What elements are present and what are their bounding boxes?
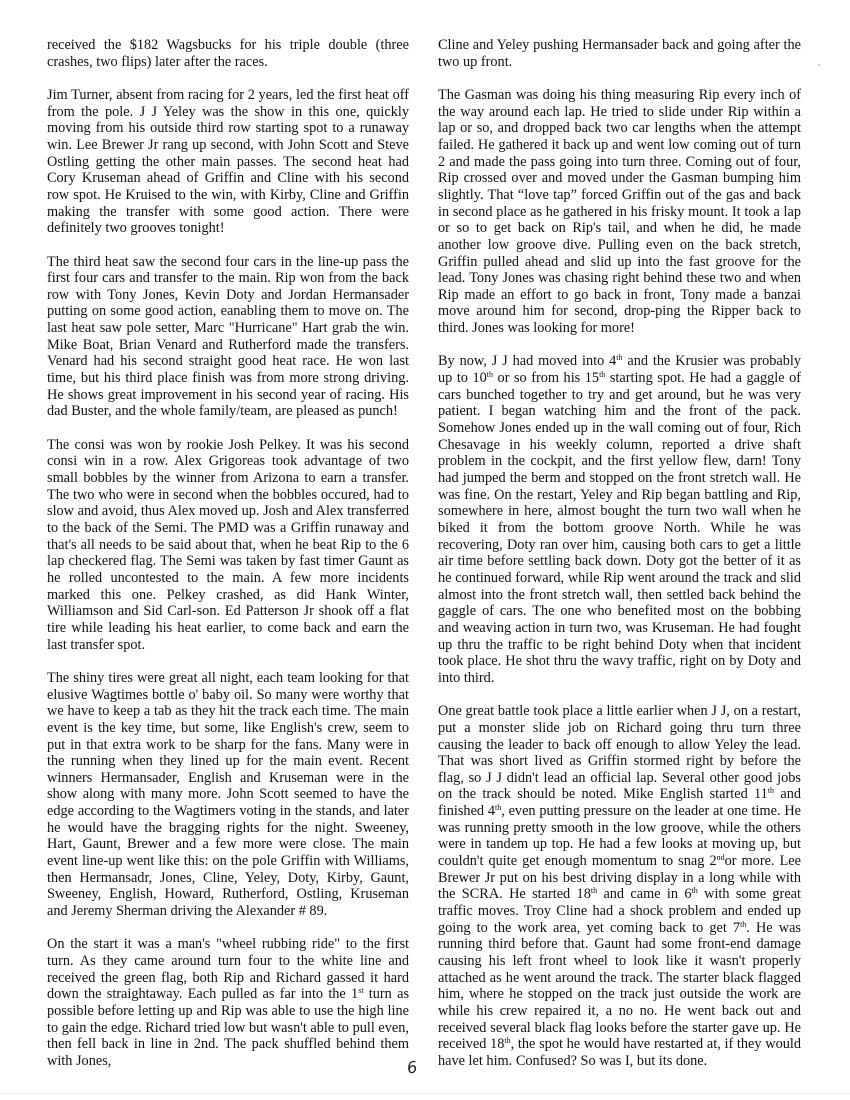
paragraph-third-heat: The third heat saw the second four cars …: [47, 254, 409, 421]
scan-bottom-edge: [0, 1093, 850, 1094]
paragraph-continued: Cline and Yeley pushing Hermansader back…: [438, 37, 801, 70]
paragraph-great-battle: One great battle took place a little ear…: [438, 703, 801, 1069]
document-page: received the $182 Wagsbucks for his trip…: [0, 0, 850, 1100]
page-number: 6: [405, 1057, 418, 1077]
paragraph-consi: The consi was won by rookie Josh Pelkey.…: [47, 437, 409, 654]
paragraph-by-now: By now, J J had moved into 4th and the K…: [438, 353, 801, 686]
right-column: Cline and Yeley pushing Hermansader back…: [438, 37, 801, 1070]
paragraph-shiny-tires: The shiny tires were great all night, ea…: [47, 670, 409, 920]
scan-speck: [818, 64, 820, 66]
left-column: received the $182 Wagsbucks for his trip…: [47, 37, 409, 1070]
paragraph-gasman: The Gasman was doing his thing measuring…: [438, 87, 801, 337]
paragraph-wagsbucks: received the $182 Wagsbucks for his trip…: [47, 37, 409, 70]
paragraph-the-start: On the start it was a man's "wheel rubbi…: [47, 936, 409, 1069]
paragraph-first-heats: Jim Turner, absent from racing for 2 yea…: [47, 87, 409, 237]
